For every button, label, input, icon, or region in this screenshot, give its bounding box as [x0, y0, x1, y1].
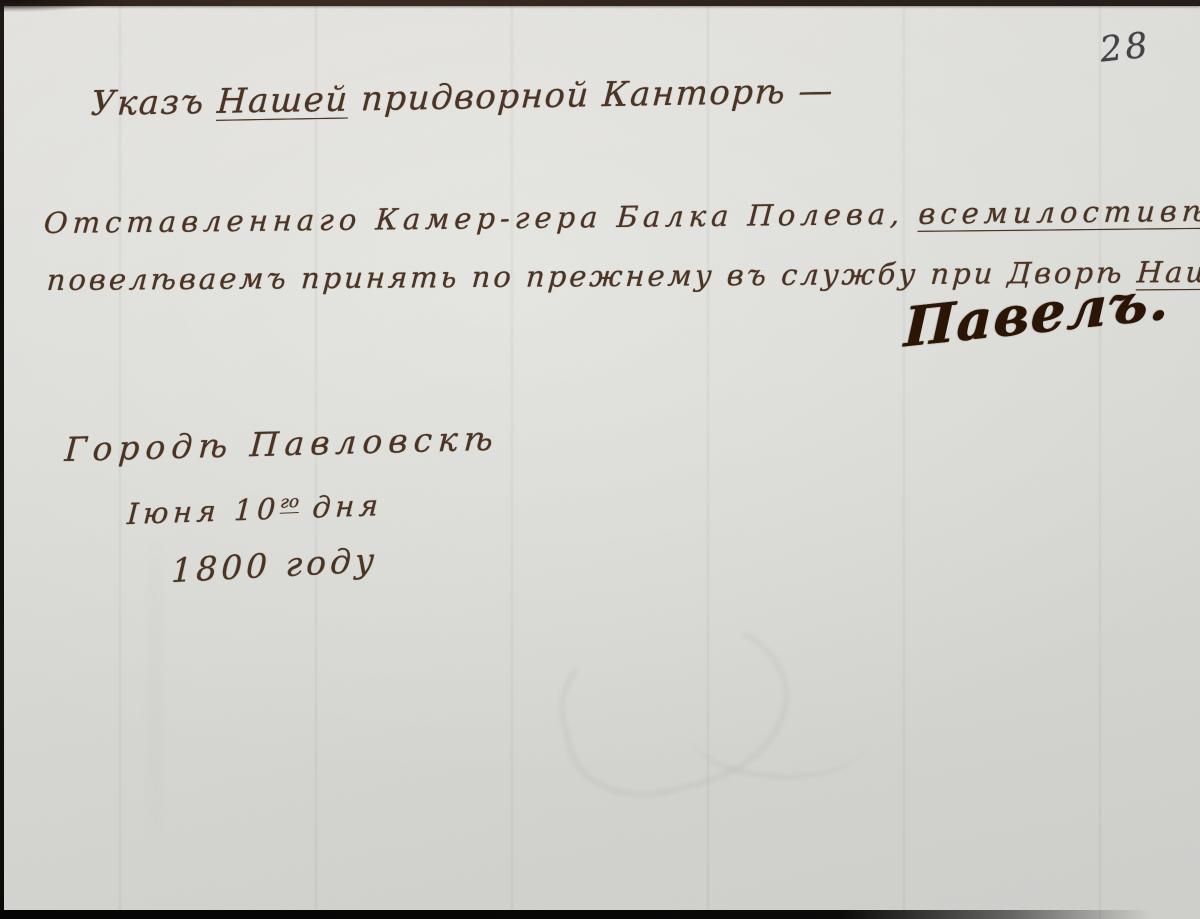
- photo-edge-left: [0, 0, 4, 919]
- document-photo: 28 Указъ Нашей придворной Канторѣ — Отст…: [0, 0, 1200, 919]
- dateline-date-ordinal: го: [280, 492, 300, 514]
- heading-text-emphasis: Нашей: [216, 80, 350, 122]
- photo-corner-shadow: [0, 0, 110, 12]
- dateline-date-word: дня: [298, 488, 384, 525]
- photo-edge-top: [0, 0, 1200, 6]
- paper-sheet: 28 Указъ Нашей придворной Канторѣ — Отст…: [0, 0, 1200, 919]
- photo-edge-bottom: [0, 910, 1200, 919]
- page-number: 28: [1098, 25, 1152, 70]
- manuscript-photo-page: { "document": { "kind": "handwritten imp…: [0, 0, 1200, 919]
- heading-text-pre: Указъ: [90, 82, 218, 124]
- dateline-date-day: Іюня 10: [126, 492, 281, 531]
- heading-text-post: придворной Канторѣ —: [348, 71, 835, 120]
- body-line-1-emphasis: всемилостивѣйше: [918, 193, 1200, 231]
